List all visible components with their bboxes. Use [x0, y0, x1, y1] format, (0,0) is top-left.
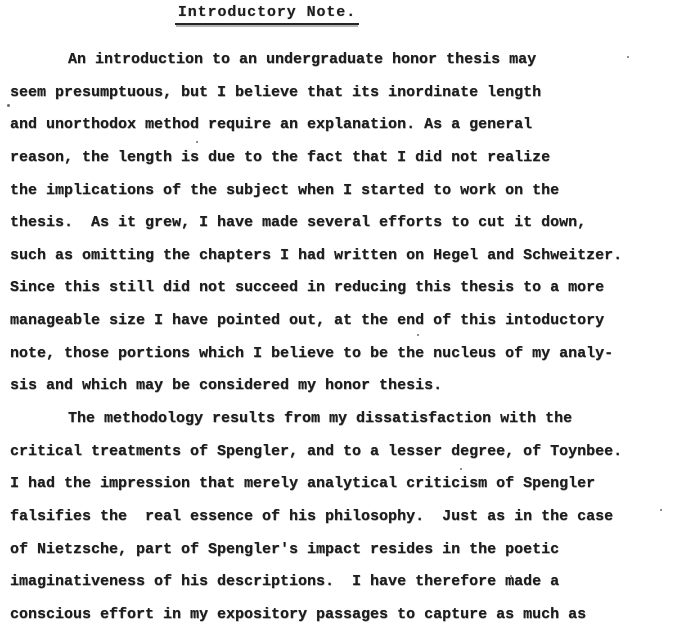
scan-speck — [7, 104, 10, 107]
text-line: conscious effort in my expository passag… — [10, 599, 670, 627]
scan-speck — [460, 468, 462, 470]
scan-speck — [196, 141, 198, 143]
text-line: manageable size I have pointed out, at t… — [10, 305, 670, 338]
text-line: thesis. As it grew, I have made several … — [10, 207, 670, 240]
text-line: such as omitting the chapters I had writ… — [10, 240, 670, 273]
title-row: Introductory Note. — [0, 3, 534, 25]
text-line: The methodology results from my dissatis… — [10, 403, 670, 436]
typewritten-document-page: Introductory Note. An introduction to an… — [0, 0, 680, 627]
text-line: critical treatments of Spengler, and to … — [10, 436, 670, 469]
text-line: Since this still did not succeed in redu… — [10, 272, 670, 305]
text-line: I had the impression that merely analyti… — [10, 468, 670, 501]
text-line: and unorthodox method require an explana… — [10, 109, 670, 142]
scan-speck — [660, 509, 662, 511]
document-body: An introduction to an undergraduate hono… — [10, 44, 670, 627]
scan-speck — [417, 334, 419, 336]
scan-speck — [627, 56, 629, 58]
text-line: the implications of the subject when I s… — [10, 175, 670, 208]
document-title: Introductory Note. — [175, 3, 359, 25]
scan-speck — [510, 575, 512, 577]
text-line: reason, the length is due to the fact th… — [10, 142, 670, 175]
text-line: imaginativeness of his descriptions. I h… — [10, 566, 670, 599]
text-line: note, those portions which I believe to … — [10, 338, 670, 371]
text-line: falsifies the real essence of his philos… — [10, 501, 670, 534]
text-line: seem presumptuous, but I believe that it… — [10, 77, 670, 110]
text-line: An introduction to an undergraduate hono… — [10, 44, 670, 77]
text-line: of Nietzsche, part of Spengler's impact … — [10, 534, 670, 567]
text-line: sis and which may be considered my honor… — [10, 370, 670, 403]
